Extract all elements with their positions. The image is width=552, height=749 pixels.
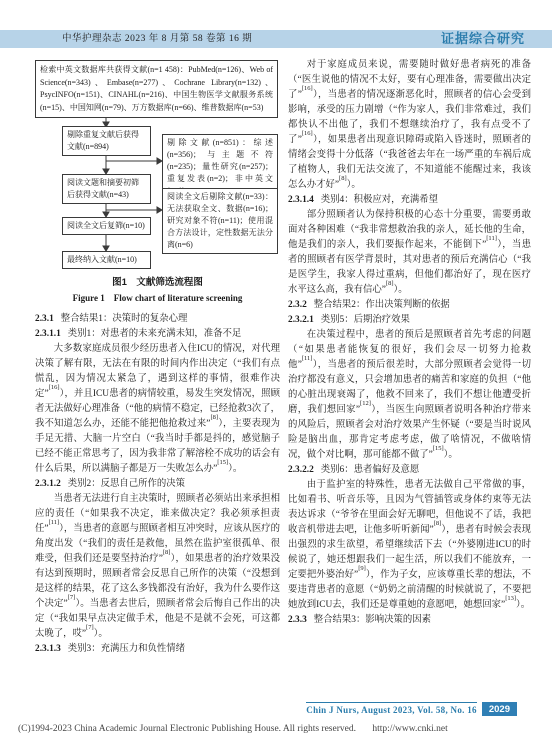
- journal-title-en: Chin J Nurs, August 2023, Vol. 58, No. 1…: [306, 702, 477, 716]
- left-column: 检索中英文数据库共获得文献(n=1 458)：PubMed(n=126)、Web…: [35, 58, 280, 657]
- reference-superscript: [15]: [217, 459, 228, 466]
- reference-superscript: [11]: [486, 235, 497, 242]
- section-heading: 2.3.2整合结果2：作出决策判断的依据: [288, 298, 531, 313]
- flow-box-database-search: 检索中英文数据库共获得文献(n=1 458)：PubMed(n=126)、Web…: [35, 60, 278, 118]
- reference-superscript: [9]: [358, 565, 366, 572]
- section-number: 2.3.1.2: [35, 479, 61, 489]
- section-number: 2.3.1.4: [288, 195, 314, 205]
- reference-superscript: [12]: [360, 400, 371, 407]
- reference-superscript: [7]: [68, 594, 76, 601]
- journal-page: { "header": { "journal_cn": "中华护理杂志 2023…: [0, 0, 552, 749]
- flow-box-final-included: 最终纳入文献(n=10): [62, 251, 151, 269]
- footer-journal-info: Chin J Nurs, August 2023, Vol. 58, No. 1…: [306, 702, 517, 716]
- section-number: 2.3.1.3: [35, 644, 61, 654]
- reference-superscript: [11]: [302, 355, 313, 362]
- reference-superscript: [16]: [302, 85, 313, 92]
- copyright-text: (C)1994-2023 China Academic Journal Elec…: [18, 724, 356, 734]
- flow-box-fulltext-screen: 阅读全文后复筛(n=10): [62, 217, 151, 235]
- reference-superscript: [11]: [49, 519, 60, 526]
- cnki-url: http://www.cnki.net: [372, 724, 447, 734]
- paragraph: 由于监护室的特殊性，患者无法做自己平常做的事，比如看书、听音乐等，且因为气管插管…: [288, 478, 531, 613]
- section-heading: 2.3.3整合结果3：影响决策的因素: [288, 613, 531, 628]
- reference-superscript: [16]: [302, 130, 313, 137]
- section-number: 2.3.2.2: [288, 465, 314, 475]
- left-column-text: 2.3.1整合结果1：决策时的复杂心理2.3.1.1类别1：对患者的未来充满未知…: [35, 312, 280, 657]
- section-category-label: 证据综合研究: [441, 30, 525, 48]
- right-column: 对于家庭成员来说，需要随时做好患者病死的准备（“医生说他的情况不太好，要有心理准…: [288, 58, 531, 628]
- paragraph: 在决策过程中，患者的预后是照顾者首先考虑的问题（“如果患者能恢复的很好，我们会尽…: [288, 328, 531, 463]
- paragraph: 大多数家庭成员很少经历患者入住ICU的情况，对代理决策了解有限，无法在有限的时间…: [35, 342, 280, 477]
- section-heading: 2.3.2.1类别5：后期治疗效果: [288, 313, 531, 328]
- flow-box-excluded-fulltext: 阅读全文后剔除文献(n=33)：无法获取全文、数据(n=16)；研究对象不符(n…: [162, 188, 278, 254]
- reference-superscript: [8]: [386, 280, 394, 287]
- section-number: 2.3.2: [288, 300, 307, 310]
- reference-superscript: [16]: [49, 384, 60, 391]
- reference-superscript: [7]: [86, 624, 94, 631]
- section-heading: 2.3.1.3类别3：充满压力和负性情绪: [35, 642, 280, 657]
- header-band: 中华护理杂志 2023 年 8 月第 58 卷第 16 期 证据综合研究: [0, 30, 552, 48]
- reference-superscript: [8]: [339, 175, 347, 182]
- section-number: 2.3.3: [288, 615, 307, 625]
- section-number: 2.3.1: [35, 314, 54, 324]
- journal-title-cn: 中华护理杂志 2023 年 8 月第 58 卷第 16 期: [62, 30, 252, 48]
- reference-superscript: [8]: [163, 549, 171, 556]
- figure-caption-zh: 图1 文献筛选流程图: [35, 276, 280, 290]
- section-number: 2.3.2.1: [288, 315, 314, 325]
- paragraph: 当患者无法进行自主决策时，照顾者必须站出来承担相应的责任（“如果我不决定，谁来做…: [35, 492, 280, 642]
- section-heading: 2.3.1整合结果1：决策时的复杂心理: [35, 312, 280, 327]
- reference-superscript: [15]: [433, 445, 444, 452]
- figure-caption-en: Figure 1 Flow chart of literature screen…: [35, 292, 280, 305]
- section-heading: 2.3.1.2类别2：反思自己所作的决策: [35, 477, 280, 492]
- flow-box-title-abstract: 阅读文题和摘要初筛后获得文献(n=43): [62, 174, 151, 204]
- section-heading: 2.3.1.4类别4：积极应对，充满希望: [288, 193, 531, 208]
- section-heading: 2.3.1.1类别1：对患者的未来充满未知，准备不足: [35, 327, 280, 342]
- right-column-text: 对于家庭成员来说，需要随时做好患者病死的准备（“医生说他的情况不太好，要有心理准…: [288, 58, 531, 628]
- reference-superscript: [8]: [210, 414, 218, 421]
- reference-superscript: [8]: [434, 520, 442, 527]
- flow-box-after-dedup: 剔除重复文献后获得文献(n=894): [62, 126, 151, 156]
- section-heading: 2.3.2.2类别6：患者偏好及意愿: [288, 463, 531, 478]
- copyright-line: (C)1994-2023 China Academic Journal Elec…: [18, 724, 538, 734]
- reference-superscript: [13]: [505, 595, 516, 602]
- section-number: 2.3.1.1: [35, 329, 61, 339]
- page-number-badge: 2029: [482, 702, 517, 716]
- paragraph: 对于家庭成员来说，需要随时做好患者病死的准备（“医生说他的情况不太好，要有心理准…: [288, 58, 531, 193]
- paragraph: 部分照顾者认为保持积极的心态十分重要，需要勇敢面对各种困难（“我非常想救治我的亲…: [288, 208, 531, 298]
- literature-screening-flowchart: 检索中英文数据库共获得文献(n=1 458)：PubMed(n=126)、Web…: [35, 58, 280, 312]
